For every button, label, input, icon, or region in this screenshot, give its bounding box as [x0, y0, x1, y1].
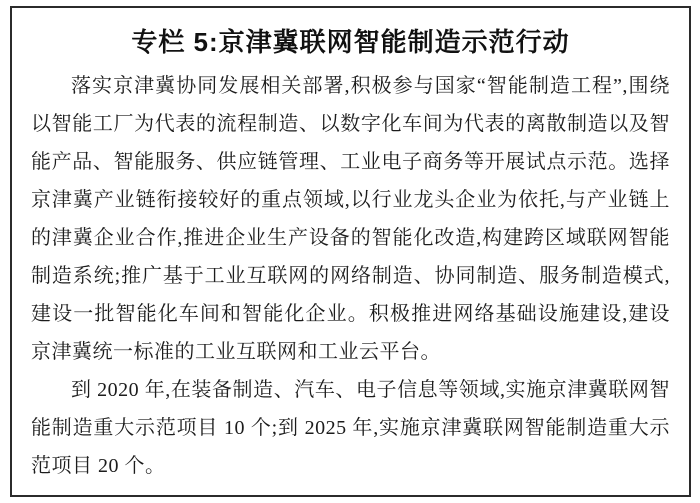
paragraph-2: 到 2020 年,在装备制造、汽车、电子信息等领域,实施京津冀联网智能制造重大示…: [31, 371, 670, 485]
column-box: 专栏 5:京津冀联网智能制造示范行动 落实京津冀协同发展相关部署,积极参与国家“…: [10, 6, 691, 497]
column-box-title: 专栏 5:京津冀联网智能制造示范行动: [24, 26, 677, 58]
document-page: 专栏 5:京津冀联网智能制造示范行动 落实京津冀协同发展相关部署,积极参与国家“…: [0, 0, 700, 503]
paragraph-1: 落实京津冀协同发展相关部署,积极参与国家“智能制造工程”,围绕以智能工厂为代表的…: [31, 67, 670, 371]
column-box-body: 落实京津冀协同发展相关部署,积极参与国家“智能制造工程”,围绕以智能工厂为代表的…: [12, 67, 689, 485]
